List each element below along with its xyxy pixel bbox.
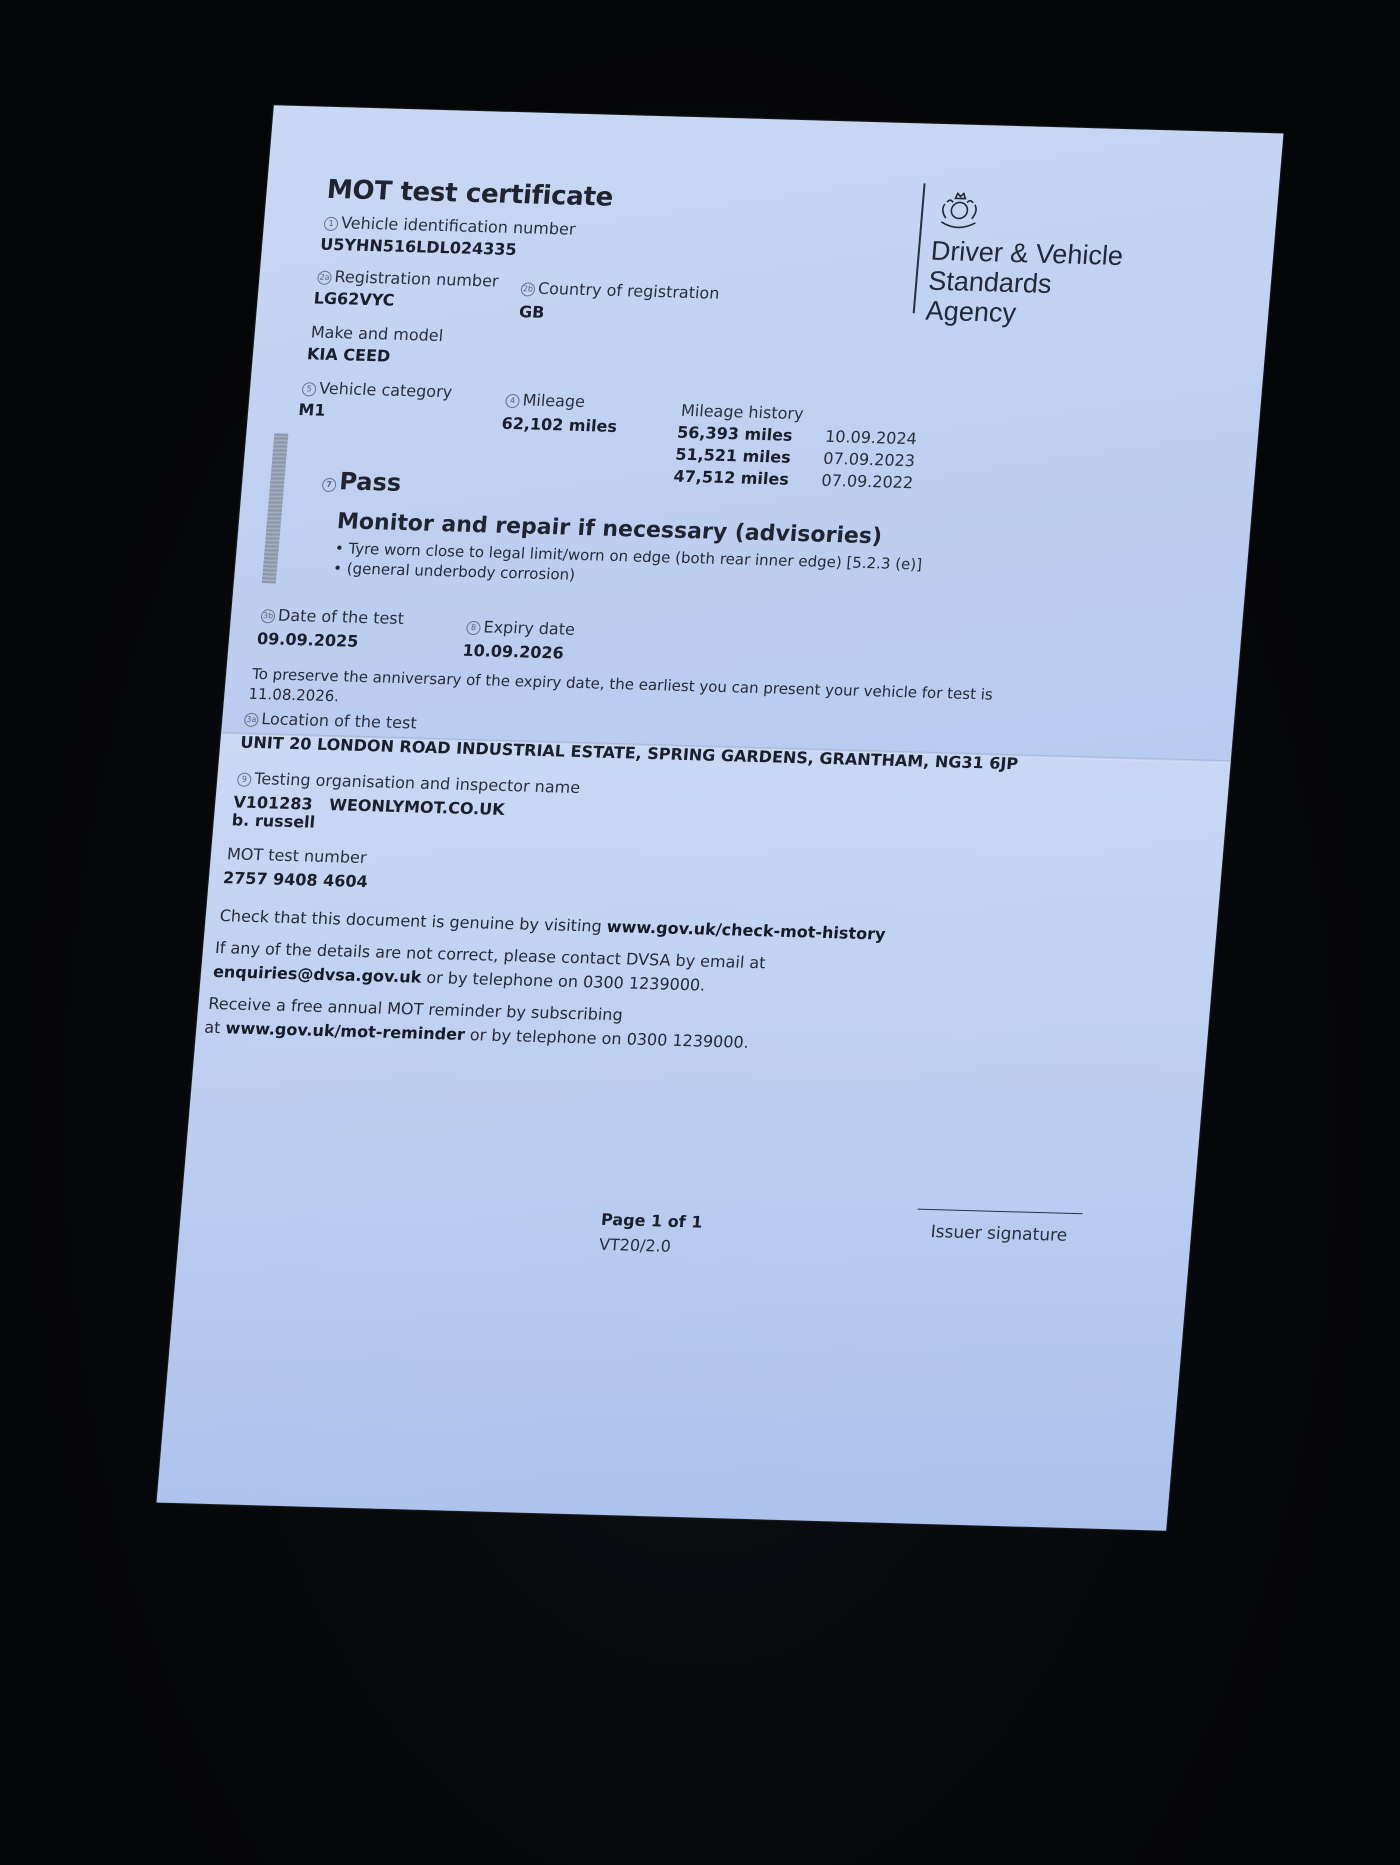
expiry-date-label-text: Expiry date <box>483 617 576 639</box>
field-ref-badge: 2b <box>520 282 535 296</box>
history-miles: 56,393 miles <box>676 423 792 448</box>
form-code: VT20/2.0 <box>598 1235 671 1256</box>
page-indicator: Page 1 of 1 <box>600 1210 703 1232</box>
field-ref-badge: 8 <box>466 621 481 635</box>
category-label: 5Vehicle category <box>301 378 453 401</box>
logo-divider <box>913 183 926 313</box>
field-ref-badge: 9 <box>237 773 252 787</box>
field-ref-badge: 7 <box>322 478 337 492</box>
field-ref-badge: 2a <box>317 271 332 285</box>
mot-certificate-paper: MOT test certificate Driver & Vehicle St… <box>157 105 1284 1530</box>
field-ref-badge: 3a <box>244 713 259 727</box>
advisory-text: (general underbody corrosion) <box>346 560 576 584</box>
location-label-text: Location of the test <box>261 709 418 732</box>
mileage-label-text: Mileage <box>522 390 586 411</box>
make-model-label: Make and model <box>310 322 444 345</box>
location-label: 3aLocation of the test <box>244 709 418 733</box>
test-date-label-text: Date of the test <box>277 606 404 628</box>
anniversary-note: To preserve the anniversary of the expir… <box>251 665 993 704</box>
earliest-test-date: 11.08.2026. <box>248 685 340 705</box>
field-ref-badge: 1 <box>323 217 338 231</box>
test-result: 7Pass <box>321 467 402 497</box>
registration-label: 2aRegistration number <box>317 267 500 291</box>
vin-label-text: Vehicle identification number <box>340 213 576 239</box>
certificate-title: MOT test certificate <box>326 175 615 213</box>
inspector-name: b. russell <box>231 810 316 831</box>
agency-name: Driver & Vehicle Standards Agency <box>925 236 1125 331</box>
agency-name-line: Agency <box>925 296 1120 331</box>
category-value: M1 <box>298 400 327 420</box>
field-ref-badge: 5 <box>302 382 317 396</box>
country-value: GB <box>518 302 545 322</box>
royal-coat-of-arms-icon <box>933 186 987 231</box>
result-marker-bar <box>262 433 289 583</box>
result-status: Pass <box>338 467 402 497</box>
test-date-value: 09.09.2025 <box>256 629 359 651</box>
mileage-value: 62,102 miles <box>501 414 618 436</box>
history-date: 07.09.2023 <box>822 449 915 474</box>
history-miles: 51,521 miles <box>674 445 790 470</box>
history-date: 10.09.2024 <box>824 427 917 452</box>
registration-value: LG62VYC <box>313 288 395 309</box>
expiry-date-value: 10.09.2026 <box>462 641 565 663</box>
expiry-date-label: 8Expiry date <box>466 617 576 639</box>
test-number-value: 2757 9408 4604 <box>222 868 368 891</box>
field-ref-badge: 3b <box>260 609 275 623</box>
issuer-signature-label: Issuer signature <box>930 1222 1068 1246</box>
mileage-label: 4Mileage <box>505 390 586 411</box>
field-ref-badge: 4 <box>505 394 520 408</box>
vin-value: U5YHN516LDL024335 <box>320 235 518 259</box>
country-label-text: Country of registration <box>537 279 720 303</box>
test-date-label: 3bDate of the test <box>260 605 404 628</box>
registration-label-text: Registration number <box>334 267 500 291</box>
history-date: 07.09.2022 <box>820 471 913 496</box>
category-label-text: Vehicle category <box>318 379 453 402</box>
history-miles: 47,512 miles <box>673 467 789 492</box>
country-label: 2bCountry of registration <box>520 278 720 303</box>
make-model-value: KIA CEED <box>306 344 391 365</box>
reminder-prefix: at <box>204 1018 227 1038</box>
mileage-history-label: Mileage history <box>680 401 804 423</box>
test-number-label: MOT test number <box>226 844 367 867</box>
mileage-history-list: 56,393 miles 10.09.2024 51,521 miles 07.… <box>673 423 918 496</box>
